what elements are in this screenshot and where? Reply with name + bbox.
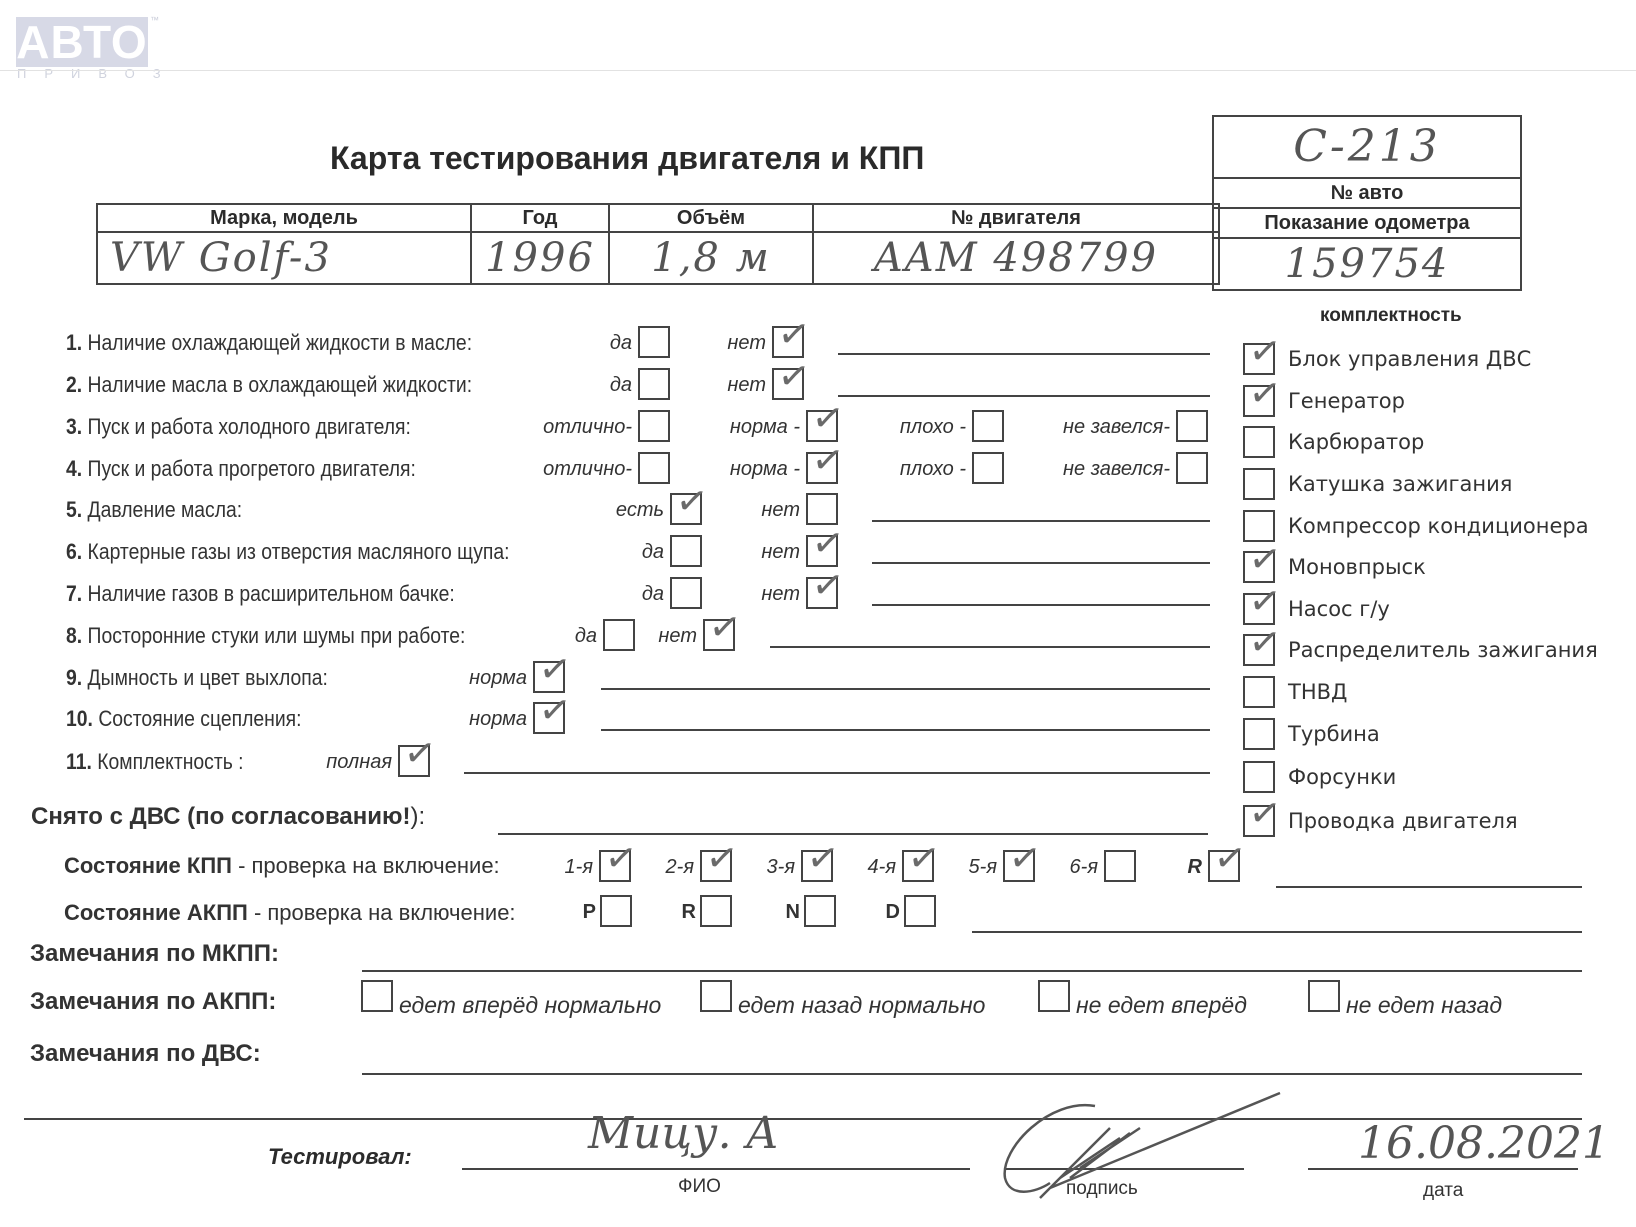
komplektnost-item-label: Проводка двигателя (1288, 809, 1518, 833)
removed-label: Снято с ДВС (по согласованию!): (31, 803, 425, 831)
check-notes-line[interactable] (464, 772, 1210, 774)
logo-subtitle: ПРИВОЗ (17, 66, 179, 81)
check-mark-icon: ✓ (703, 836, 740, 880)
check-option-label: нет (761, 541, 800, 564)
check-option-checkbox[interactable]: ✓ (806, 535, 838, 567)
kpp-gear-checkbox[interactable]: ✓ (599, 850, 631, 882)
akpp-remark-checkbox[interactable] (361, 980, 393, 1012)
remarks-extra-line[interactable] (24, 1118, 1582, 1120)
check-option-label: отлично- (543, 416, 632, 439)
tested-by-label: Тестировал: (268, 1144, 412, 1170)
check-row-label: 9. Дымность и цвет выхлопа: (66, 665, 328, 691)
remarks-akpp-label: Замечания по АКПП: (30, 988, 276, 1016)
check-notes-line[interactable] (838, 395, 1210, 397)
check-mark-icon: ✓ (1246, 620, 1283, 664)
check-option-label: да (642, 541, 664, 564)
check-option-label: нет (727, 332, 766, 355)
kpp-gear-checkbox[interactable]: ✓ (902, 850, 934, 882)
removed-input-line[interactable] (498, 833, 1208, 835)
volume-value[interactable]: 1,8 м (609, 232, 813, 284)
check-mark-icon: ✓ (809, 396, 846, 440)
avtoprivoz-logo: АВТО (16, 17, 148, 67)
kpp-gear-checkbox[interactable] (1104, 850, 1136, 882)
check-mark-icon: ✓ (536, 647, 573, 691)
akpp-remark-label: не едет назад (1346, 992, 1502, 1019)
name-line[interactable] (462, 1168, 970, 1170)
check-option-checkbox[interactable] (972, 410, 1004, 442)
check-mark-icon: ✓ (809, 563, 846, 607)
check-option-label: есть (616, 499, 664, 522)
auto-number-label: № авто (1214, 179, 1520, 209)
akpp-remark-checkbox[interactable] (700, 980, 732, 1012)
check-option-checkbox[interactable]: ✓ (772, 368, 804, 400)
check-option-label: норма - (730, 416, 800, 439)
kpp-gear-label: 5-я (969, 856, 997, 879)
check-option-label: норма (469, 667, 527, 690)
check-row-label: 4. Пуск и работа прогретого двигателя: (66, 456, 416, 482)
check-mark-icon: ✓ (1246, 579, 1283, 623)
komplektnost-item-label: Насос г/у (1288, 597, 1390, 621)
check-row-label: 1. Наличие охлаждающей жидкости в масле: (66, 330, 472, 356)
check-option-checkbox[interactable] (603, 619, 635, 651)
check-row-label: 10. Состояние сцепления: (66, 706, 302, 732)
check-mark-icon: ✓ (809, 438, 846, 482)
akpp-mode-checkbox[interactable] (600, 895, 632, 927)
komplektnost-checkbox[interactable]: ✓ (1243, 343, 1275, 375)
check-mark-icon: ✓ (536, 688, 573, 732)
check-option-checkbox[interactable] (1176, 452, 1208, 484)
check-notes-line[interactable] (872, 520, 1210, 522)
check-mark-icon: ✓ (775, 354, 812, 398)
kpp-gear-label: 2-я (666, 856, 694, 879)
check-option-label: нет (658, 625, 697, 648)
check-option-label: плохо - (900, 416, 966, 439)
col-engine-number: № двигателя (813, 204, 1219, 232)
check-mark-icon: ✓ (775, 312, 812, 356)
auto-number-value[interactable]: С-213 (1214, 117, 1520, 179)
komplektnost-checkbox[interactable]: ✓ (1243, 634, 1275, 666)
komplektnost-title: комплектность (1320, 305, 1462, 327)
kpp-gear-checkbox[interactable]: ✓ (700, 850, 732, 882)
check-mark-icon: ✓ (1006, 836, 1043, 880)
check-notes-line[interactable] (872, 562, 1210, 564)
check-notes-line[interactable] (770, 646, 1210, 648)
date-caption: дата (1423, 1180, 1463, 1202)
check-mark-icon: ✓ (1246, 537, 1283, 581)
check-mark-icon: ✓ (673, 479, 710, 523)
check-option-label: отлично- (543, 458, 632, 481)
kpp-label: Состояние КПП - проверка на включение: (64, 853, 500, 879)
check-option-label: плохо - (900, 458, 966, 481)
odometer-value[interactable]: 159754 (1214, 239, 1520, 289)
engine-number-value[interactable]: AAM 498799 (813, 232, 1219, 284)
check-option-checkbox[interactable] (670, 535, 702, 567)
komplektnost-checkbox[interactable]: ✓ (1243, 385, 1275, 417)
check-row-label: 2. Наличие масла в охлаждающей жидкости: (66, 372, 472, 398)
check-mark-icon: ✓ (1211, 836, 1248, 880)
komplektnost-item-label: ТНВД (1288, 680, 1347, 704)
check-option-checkbox[interactable]: ✓ (772, 326, 804, 358)
kpp-gear-label: 3-я (767, 856, 795, 879)
komplektnost-item-label: Моновпрыск (1288, 555, 1426, 579)
check-row-label: 3. Пуск и работа холодного двигателя: (66, 414, 411, 440)
check-mark-icon: ✓ (401, 731, 438, 775)
akpp-mode-label: N (786, 901, 800, 924)
check-option-checkbox[interactable]: ✓ (533, 702, 565, 734)
signature-scribble (990, 1088, 1290, 1208)
kpp-gear-checkbox[interactable]: ✓ (1208, 850, 1240, 882)
akpp-notes-line[interactable] (972, 931, 1582, 933)
check-row-label: 8. Посторонние стуки или шумы при работе… (66, 623, 465, 649)
check-option-label: да (610, 374, 632, 397)
remarks-dvs-line[interactable] (362, 1073, 1582, 1075)
check-option-checkbox[interactable]: ✓ (670, 493, 702, 525)
check-option-checkbox[interactable]: ✓ (806, 452, 838, 484)
kpp-gear-label: 4-я (868, 856, 896, 879)
check-option-checkbox[interactable]: ✓ (806, 410, 838, 442)
vehicle-info-table: Марка, модель Год Объём № двигателя VW G… (96, 203, 1220, 285)
remarks-dvs-label: Замечания по ДВС: (30, 1040, 261, 1068)
check-option-label: норма - (730, 458, 800, 481)
check-notes-line[interactable] (601, 688, 1210, 690)
make-model-value[interactable]: VW Golf-3 (97, 232, 471, 284)
komplektnost-item-label: Компрессор кондиционера (1288, 514, 1589, 538)
komplektnost-checkbox[interactable] (1243, 468, 1275, 500)
header-divider (0, 70, 1636, 71)
check-option-checkbox[interactable] (638, 326, 670, 358)
kpp-gear-label: 1-я (565, 856, 593, 879)
akpp-remark-checkbox[interactable] (1038, 980, 1070, 1012)
check-option-checkbox[interactable] (638, 452, 670, 484)
komplektnost-checkbox[interactable] (1243, 676, 1275, 708)
akpp-mode-label: R (682, 901, 696, 924)
kpp-gear-label: 6-я (1070, 856, 1098, 879)
page-title: Карта тестирования двигателя и КПП (330, 140, 924, 177)
komplektnost-checkbox[interactable]: ✓ (1243, 805, 1275, 837)
komplektnost-checkbox[interactable] (1243, 718, 1275, 750)
check-option-label: нет (761, 583, 800, 606)
kpp-gear-label: R (1188, 856, 1202, 879)
remarks-mkpp-line[interactable] (362, 970, 1582, 972)
check-mark-icon: ✓ (1246, 371, 1283, 415)
check-mark-icon: ✓ (706, 605, 743, 649)
komplektnost-item-label: Распределитель зажигания (1288, 638, 1598, 662)
akpp-mode-checkbox[interactable] (700, 895, 732, 927)
komplektnost-item-label: Генератор (1288, 389, 1405, 413)
check-option-label: норма (469, 708, 527, 731)
check-row-label: 5. Давление масла: (66, 497, 242, 523)
check-mark-icon: ✓ (804, 836, 841, 880)
auto-number-box: С-213 № авто Показание одометра 159754 (1212, 115, 1522, 291)
akpp-remark-label: не едет вперёд (1076, 992, 1247, 1019)
check-option-label: да (575, 625, 597, 648)
akpp-mode-label: D (886, 901, 900, 924)
akpp-mode-label: P (583, 901, 596, 924)
komplektnost-checkbox[interactable] (1243, 510, 1275, 542)
signature-caption: подпись (1066, 1178, 1138, 1200)
check-row-label: 6. Картерные газы из отверстия масляного… (66, 539, 510, 565)
odometer-label: Показание одометра (1214, 209, 1520, 239)
akpp-remark-label: едет назад нормально (738, 992, 985, 1019)
komplektnost-checkbox[interactable] (1243, 761, 1275, 793)
akpp-remark-label: едет вперёд нормально (399, 992, 661, 1019)
check-option-checkbox[interactable] (806, 493, 838, 525)
komplektnost-checkbox[interactable]: ✓ (1243, 551, 1275, 583)
check-option-checkbox[interactable] (972, 452, 1004, 484)
komplektnost-checkbox[interactable]: ✓ (1243, 593, 1275, 625)
tester-name[interactable]: Мицу. А (588, 1108, 779, 1159)
check-mark-icon: ✓ (809, 521, 846, 565)
check-option-checkbox[interactable]: ✓ (703, 619, 735, 651)
akpp-remark-checkbox[interactable] (1308, 980, 1340, 1012)
col-make-model: Марка, модель (97, 204, 471, 232)
check-option-checkbox[interactable] (670, 577, 702, 609)
check-option-label: нет (761, 499, 800, 522)
akpp-mode-checkbox[interactable] (904, 895, 936, 927)
check-mark-icon: ✓ (1246, 329, 1283, 373)
check-option-checkbox[interactable]: ✓ (398, 745, 430, 777)
check-option-checkbox[interactable]: ✓ (533, 661, 565, 693)
kpp-notes-line[interactable] (1276, 886, 1582, 888)
check-option-checkbox[interactable]: ✓ (806, 577, 838, 609)
check-option-label: полная (326, 751, 392, 774)
check-option-label: не завелся- (1063, 458, 1170, 481)
year-value[interactable]: 1996 (471, 232, 609, 284)
akpp-label: Состояние АКПП - проверка на включение: (64, 900, 516, 926)
remarks-mkpp-label: Замечания по МКПП: (30, 940, 279, 968)
test-date[interactable]: 16.08.2021 (1358, 1118, 1610, 1169)
check-mark-icon: ✓ (602, 836, 639, 880)
komplektnost-item-label: Катушка зажигания (1288, 472, 1512, 496)
check-mark-icon: ✓ (1246, 791, 1283, 835)
check-option-checkbox[interactable] (638, 368, 670, 400)
col-volume: Объём (609, 204, 813, 232)
check-row-label: 11. Комплектность : (66, 749, 244, 775)
trademark-sign: ™ (150, 15, 159, 25)
check-option-checkbox[interactable] (638, 410, 670, 442)
check-notes-line[interactable] (872, 604, 1210, 606)
check-mark-icon: ✓ (905, 836, 942, 880)
check-option-label: да (642, 583, 664, 606)
komplektnost-item-label: Блок управления ДВС (1288, 347, 1531, 371)
komplektnost-item-label: Форсунки (1288, 765, 1396, 789)
check-row-label: 7. Наличие газов в расширительном бачке: (66, 581, 455, 607)
check-notes-line[interactable] (601, 729, 1210, 731)
komplektnost-checkbox[interactable] (1243, 426, 1275, 458)
akpp-mode-checkbox[interactable] (804, 895, 836, 927)
check-notes-line[interactable] (838, 353, 1210, 355)
kpp-gear-checkbox[interactable]: ✓ (801, 850, 833, 882)
check-option-label: нет (727, 374, 766, 397)
komplektnost-item-label: Турбина (1288, 722, 1380, 746)
kpp-gear-checkbox[interactable]: ✓ (1003, 850, 1035, 882)
check-option-label: да (610, 332, 632, 355)
check-option-checkbox[interactable] (1176, 410, 1208, 442)
name-caption: ФИО (678, 1176, 721, 1198)
check-option-label: не завелся- (1063, 416, 1170, 439)
col-year: Год (471, 204, 609, 232)
komplektnost-item-label: Карбюратор (1288, 430, 1424, 454)
